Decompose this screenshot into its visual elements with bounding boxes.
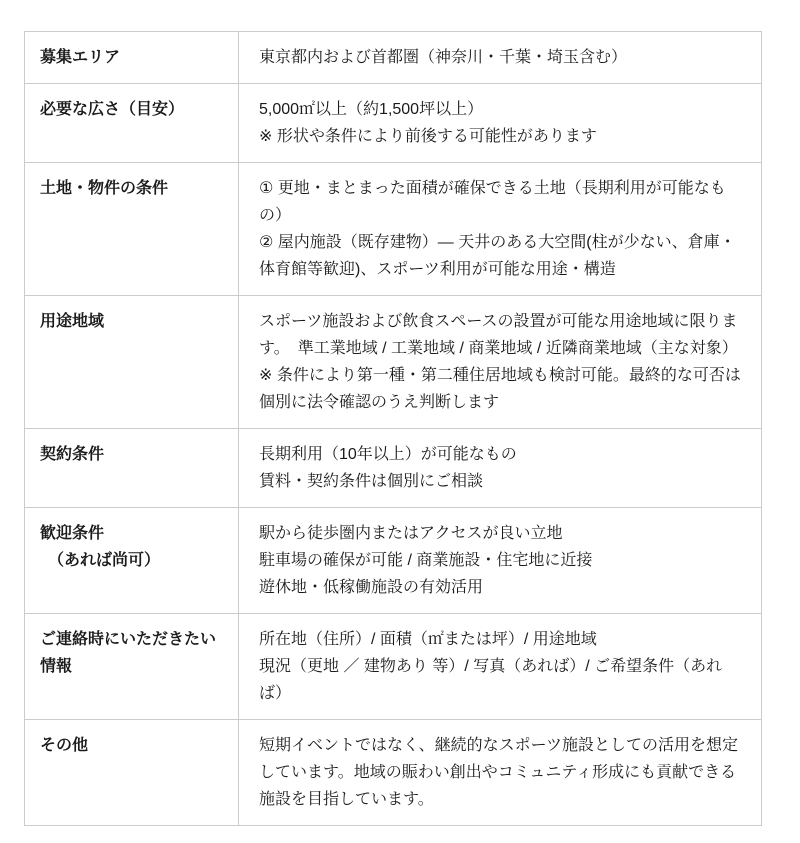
content-paragraph: 東京都内および首都圏（神奈川・千葉・埼玉含む） — [259, 44, 745, 71]
table-row: 土地・物件の条件 ① 更地・まとまった面積が確保できる土地（長期利用が可能なもの… — [25, 163, 762, 296]
row-label: 契約条件 — [25, 429, 239, 508]
label-line: 情報 — [40, 653, 228, 680]
label-line: 契約条件 — [40, 441, 228, 468]
table-row: ご連絡時にいただきたい情報 所在地（住所）/ 面積（㎡または坪）/ 用途地域現況… — [25, 614, 762, 720]
row-content: 駅から徒歩圏内またはアクセスが良い立地駐車場の確保が可能 / 商業施設・住宅地に… — [239, 508, 762, 614]
label-line: 必要な広さ（目安） — [40, 96, 228, 123]
content-paragraph: 駐車場の確保が可能 / 商業施設・住宅地に近接 — [259, 547, 745, 574]
content-paragraph: 現況（更地 ／ 建物あり 等）/ 写真（あれば）/ ご希望条件（あれば） — [259, 653, 745, 707]
row-label: 必要な広さ（目安） — [25, 84, 239, 163]
table-row: 歓迎条件 （あれば尚可） 駅から徒歩圏内またはアクセスが良い立地駐車場の確保が可… — [25, 508, 762, 614]
row-content: 所在地（住所）/ 面積（㎡または坪）/ 用途地域現況（更地 ／ 建物あり 等）/… — [239, 614, 762, 720]
row-label: 募集エリア — [25, 32, 239, 84]
row-content: ① 更地・まとまった面積が確保できる土地（長期利用が可能なもの）② 屋内施設（既… — [239, 163, 762, 296]
label-line: その他 — [40, 732, 228, 759]
row-label: 用途地域 — [25, 296, 239, 429]
table-row: その他 短期イベントではなく、継続的なスポーツ施設としての活用を想定しています。… — [25, 720, 762, 826]
label-line: 土地・物件の条件 — [40, 175, 228, 202]
content-paragraph: ① 更地・まとまった面積が確保できる土地（長期利用が可能なもの） — [259, 175, 745, 229]
table-body: 募集エリア 東京都内および首都圏（神奈川・千葉・埼玉含む） 必要な広さ（目安） … — [25, 32, 762, 826]
label-line: 歓迎条件 — [40, 520, 228, 547]
content-paragraph: ※ 形状や条件により前後する可能性があります — [259, 123, 745, 150]
content-paragraph: ② 屋内施設（既存建物）— 天井のある大空間(柱が少ない、倉庫・体育館等歓迎)、… — [259, 229, 745, 283]
row-label: 土地・物件の条件 — [25, 163, 239, 296]
table-row: 必要な広さ（目安） 5,000㎡以上（約1,500坪以上）※ 形状や条件により前… — [25, 84, 762, 163]
label-line: （あれば尚可） — [40, 547, 228, 574]
content-paragraph: 長期利用（10年以上）が可能なもの — [259, 441, 745, 468]
label-line: 用途地域 — [40, 308, 228, 335]
content-paragraph: 賃料・契約条件は個別にご相談 — [259, 468, 745, 495]
label-line: ご連絡時にいただきたい — [40, 626, 228, 653]
label-line: 募集エリア — [40, 44, 228, 71]
content-paragraph: 短期イベントではなく、継続的なスポーツ施設としての活用を想定しています。地域の賑… — [259, 732, 745, 813]
table-row: 契約条件 長期利用（10年以上）が可能なもの賃料・契約条件は個別にご相談 — [25, 429, 762, 508]
content-paragraph: 遊休地・低稼働施設の有効活用 — [259, 574, 745, 601]
document-page: 募集エリア 東京都内および首都圏（神奈川・千葉・埼玉含む） 必要な広さ（目安） … — [0, 0, 800, 843]
table-row: 用途地域 スポーツ施設および飲食スペースの設置が可能な用途地域に限ります。 準工… — [25, 296, 762, 429]
row-content: 東京都内および首都圏（神奈川・千葉・埼玉含む） — [239, 32, 762, 84]
row-content: 短期イベントではなく、継続的なスポーツ施設としての活用を想定しています。地域の賑… — [239, 720, 762, 826]
row-label: その他 — [25, 720, 239, 826]
recruitment-conditions-table: 募集エリア 東京都内および首都圏（神奈川・千葉・埼玉含む） 必要な広さ（目安） … — [24, 31, 762, 826]
row-content: 5,000㎡以上（約1,500坪以上）※ 形状や条件により前後する可能性がありま… — [239, 84, 762, 163]
content-paragraph: 5,000㎡以上（約1,500坪以上） — [259, 96, 745, 123]
content-paragraph: 駅から徒歩圏内またはアクセスが良い立地 — [259, 520, 745, 547]
content-paragraph: 所在地（住所）/ 面積（㎡または坪）/ 用途地域 — [259, 626, 745, 653]
row-label: 歓迎条件 （あれば尚可） — [25, 508, 239, 614]
row-content: スポーツ施設および飲食スペースの設置が可能な用途地域に限ります。 準工業地域 /… — [239, 296, 762, 429]
row-label: ご連絡時にいただきたい情報 — [25, 614, 239, 720]
table-row: 募集エリア 東京都内および首都圏（神奈川・千葉・埼玉含む） — [25, 32, 762, 84]
content-paragraph: スポーツ施設および飲食スペースの設置が可能な用途地域に限ります。 準工業地域 /… — [259, 308, 745, 416]
row-content: 長期利用（10年以上）が可能なもの賃料・契約条件は個別にご相談 — [239, 429, 762, 508]
